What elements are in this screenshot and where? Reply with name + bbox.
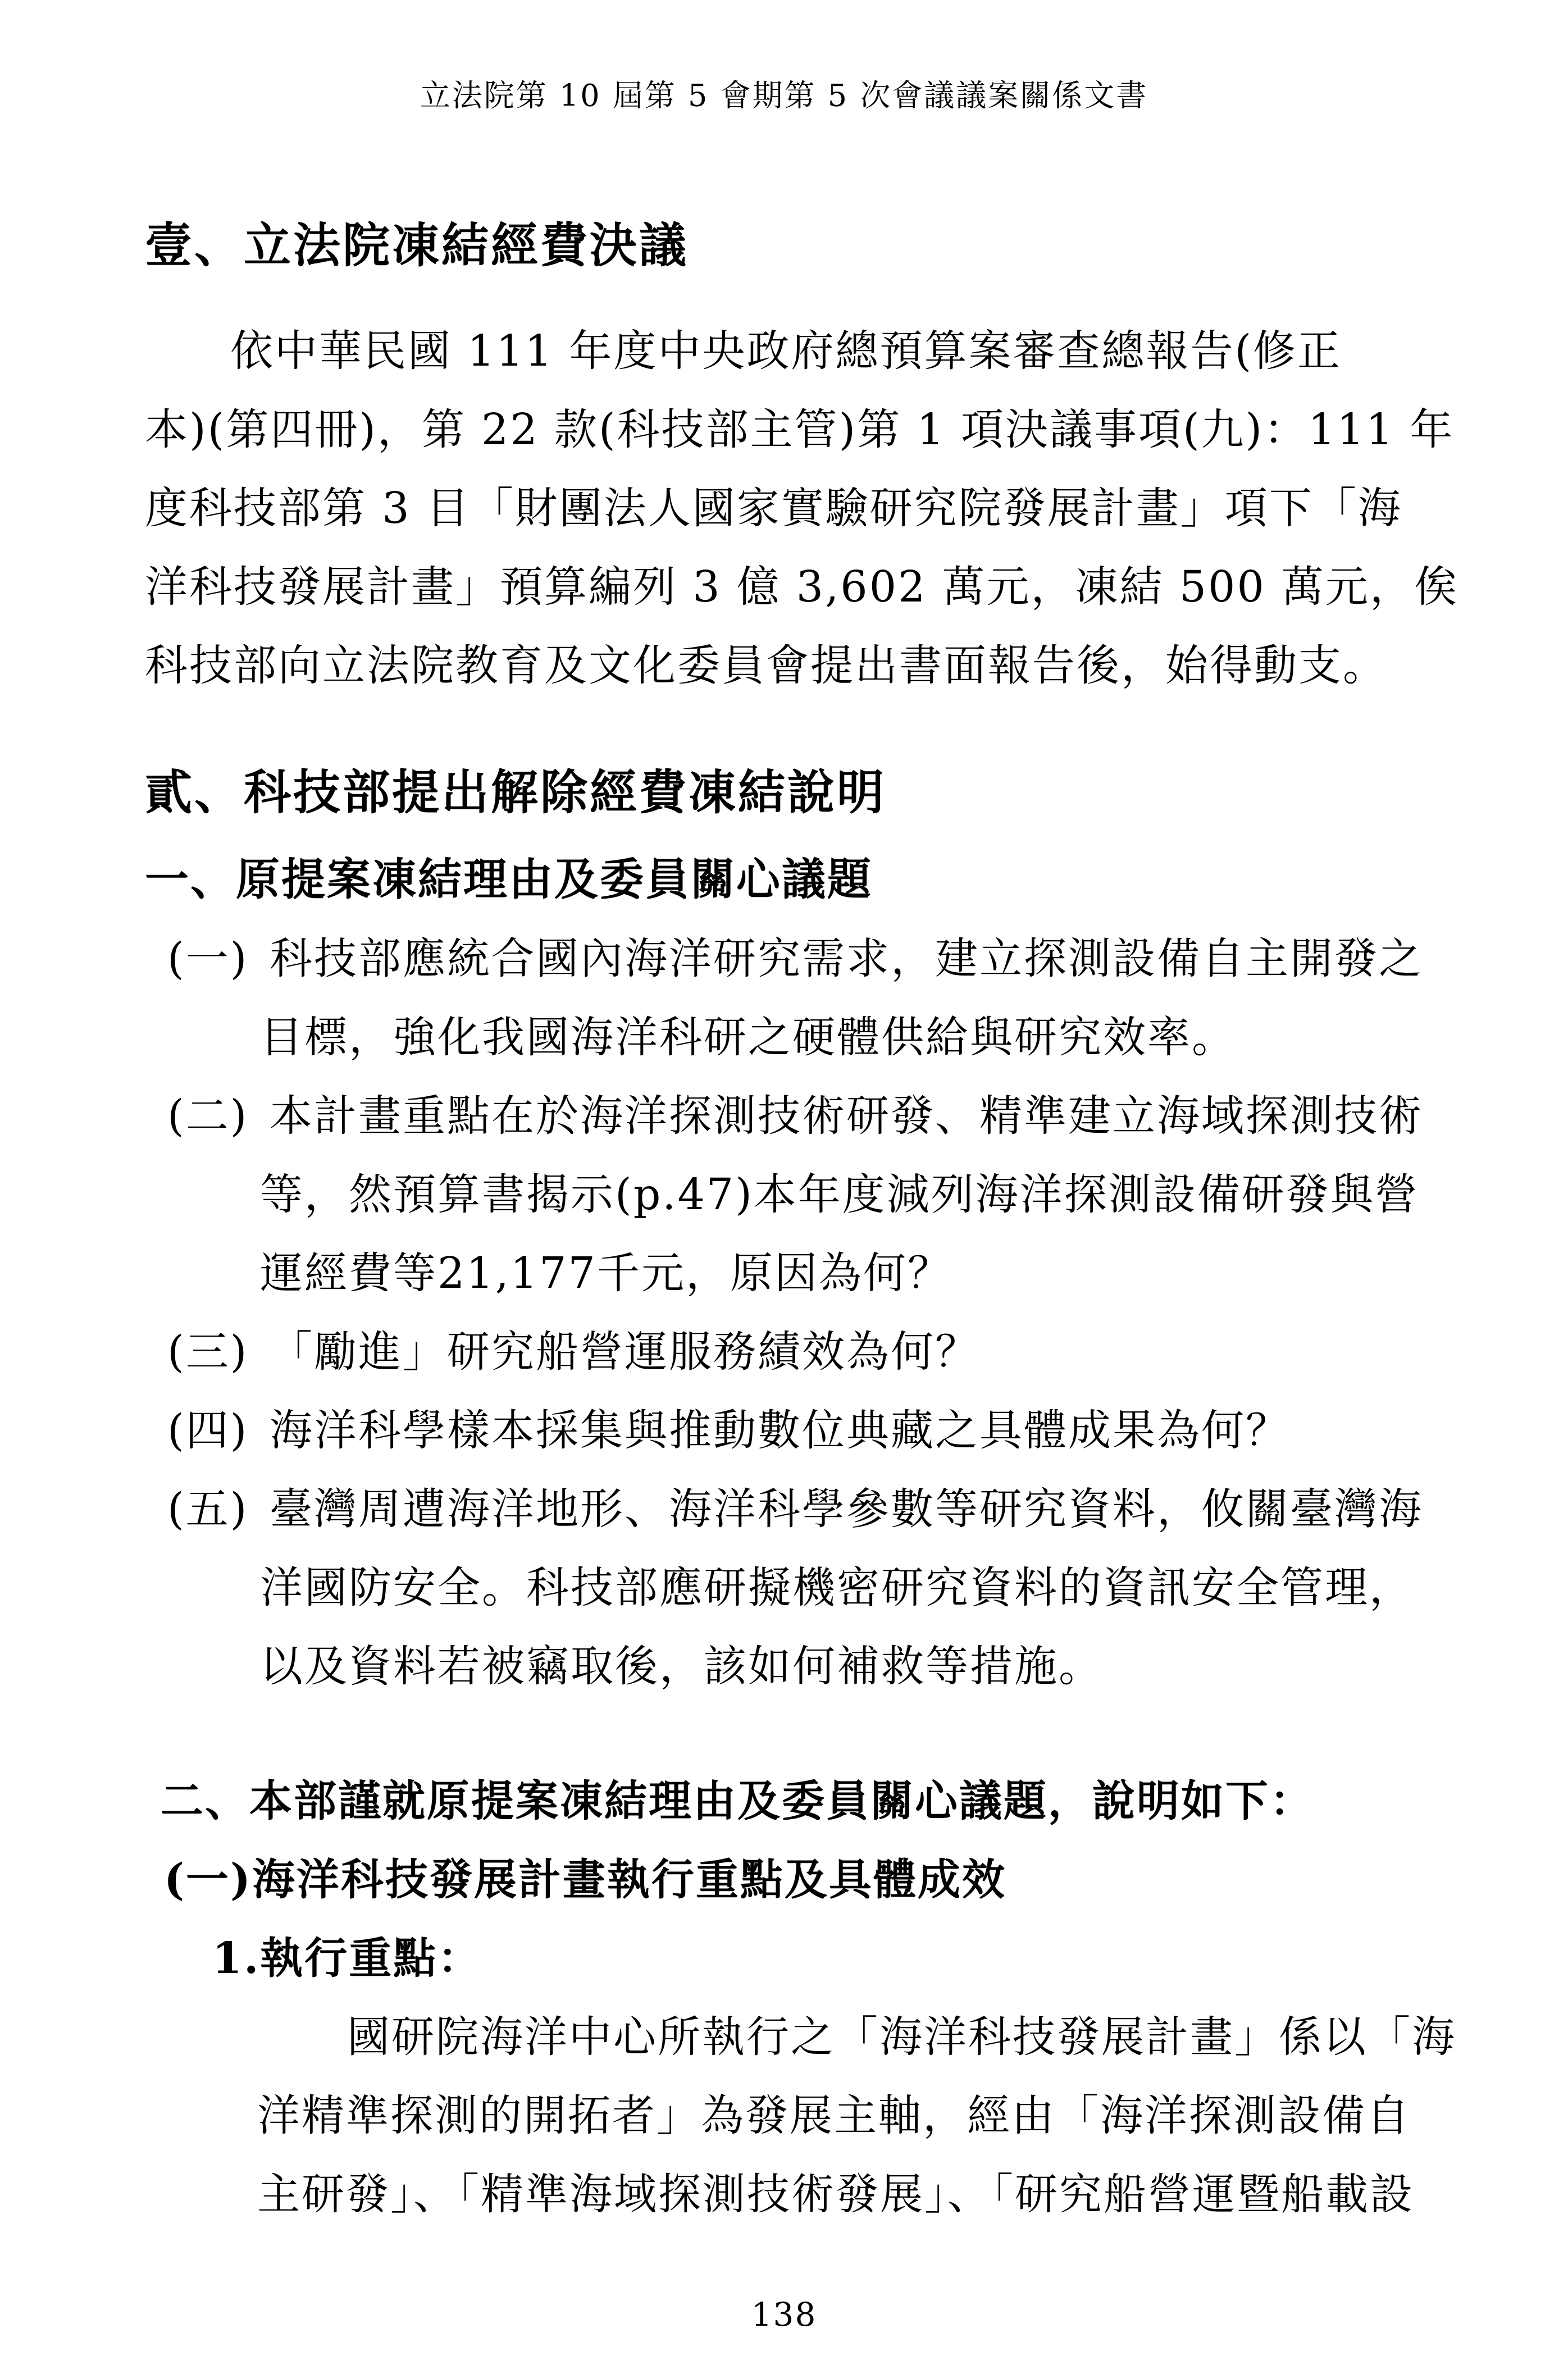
- point-1-subheading: 1.執行重點：: [145, 1919, 1437, 1998]
- point-1-paragraph-line: 國研院海洋中心所執行之「海洋科技發展計畫」係以「海: [145, 1998, 1437, 2076]
- subsection-2-point-1-title: (一)海洋科技發展計畫執行重點及具體成效: [145, 1840, 1437, 1919]
- document-body: 壹、立法院凍結經費決議 依中華民國 111 年度中央政府總預算案審查總報告(修正…: [145, 212, 1437, 2234]
- list-item-marker: (五): [167, 1470, 248, 1548]
- section-1-paragraph-line: 科技部向立法院教育及文化委員會提出書面報告後，始得動支。: [145, 626, 1437, 705]
- list-item-line: (四) 海洋科學樣本採集與推動數位典藏之具體成果為何？: [145, 1391, 1437, 1470]
- list-item-text: 海洋科學樣本採集與推動數位典藏之具體成果為何？: [270, 1405, 1290, 1455]
- list-item-marker: (三): [167, 1313, 248, 1391]
- list-item-line: 運經費等21,177千元，原因為何？: [145, 1234, 1437, 1313]
- list-item-marker: (四): [167, 1391, 248, 1470]
- document-header-title: 立法院第 10 屆第 5 會期第 5 次會議議案關係文書: [0, 0, 1568, 115]
- list-item-line: (三) 「勵進」研究船營運服務績效為何？: [145, 1313, 1437, 1391]
- section-1-title: 壹、立法院凍結經費決議: [145, 212, 1437, 279]
- section-1-paragraph-line: 度科技部第 3 目「財團法人國家實驗研究院發展計畫」項下「海: [145, 469, 1437, 548]
- list-item-marker: (一): [167, 919, 248, 998]
- list-item-marker: (二): [167, 1077, 248, 1155]
- list-item-text: 科技部應統合國內海洋研究需求，建立探測設備自主開發之: [270, 933, 1423, 983]
- list-item-text: 臺灣周遭海洋地形、海洋科學參數等研究資料，攸關臺灣海: [270, 1484, 1423, 1534]
- page-number: 138: [0, 2295, 1568, 2334]
- subsection-1-title: 一、原提案凍結理由及委員關心議題: [145, 841, 1437, 919]
- list-item-line: (五) 臺灣周遭海洋地形、海洋科學參數等研究資料，攸關臺灣海: [145, 1470, 1437, 1548]
- point-1-paragraph-line: 主研發」、「精準海域探測技術發展」、「研究船營運暨船載設: [145, 2155, 1437, 2234]
- list-item-line: 洋國防安全。科技部應研擬機密研究資料的資訊安全管理，: [145, 1548, 1437, 1627]
- list-item-text: 本計畫重點在於海洋探測技術研發、精準建立海域探測技術: [270, 1091, 1423, 1141]
- subsection-2-title: 二、本部謹就原提案凍結理由及委員關心議題，說明如下：: [145, 1762, 1437, 1840]
- section-1-paragraph-line: 依中華民國 111 年度中央政府總預算案審查總報告(修正: [145, 312, 1437, 390]
- section-1-paragraph-line: 本)(第四冊)，第 22 款(科技部主管)第 1 項決議事項(九)：111 年: [145, 390, 1437, 469]
- list-item-line: (二) 本計畫重點在於海洋探測技術研發、精準建立海域探測技術: [145, 1077, 1437, 1155]
- list-item-line: 目標，強化我國海洋科研之硬體供給與研究效率。: [145, 998, 1437, 1077]
- point-1-paragraph-line: 洋精準探測的開拓者」為發展主軸，經由「海洋探測設備自: [145, 2076, 1437, 2155]
- section-1-paragraph-line: 洋科技發展計畫」預算編列 3 億 3,602 萬元，凍結 500 萬元，俟: [145, 548, 1437, 626]
- list-item-line: 以及資料若被竊取後，該如何補救等措施。: [145, 1627, 1437, 1706]
- list-item-line: 等，然預算書揭示(p.47)本年度減列海洋探測設備研發與營: [145, 1155, 1437, 1234]
- list-item-text: 「勵進」研究船營運服務績效為何？: [270, 1327, 979, 1377]
- list-item-line: (一) 科技部應統合國內海洋研究需求，建立探測設備自主開發之: [145, 919, 1437, 998]
- section-2-title: 貳、科技部提出解除經費凍結說明: [145, 759, 1437, 826]
- scanned-document-page: { "header": { "title": "立法院第 10 屆第 5 會期第…: [0, 0, 1568, 2374]
